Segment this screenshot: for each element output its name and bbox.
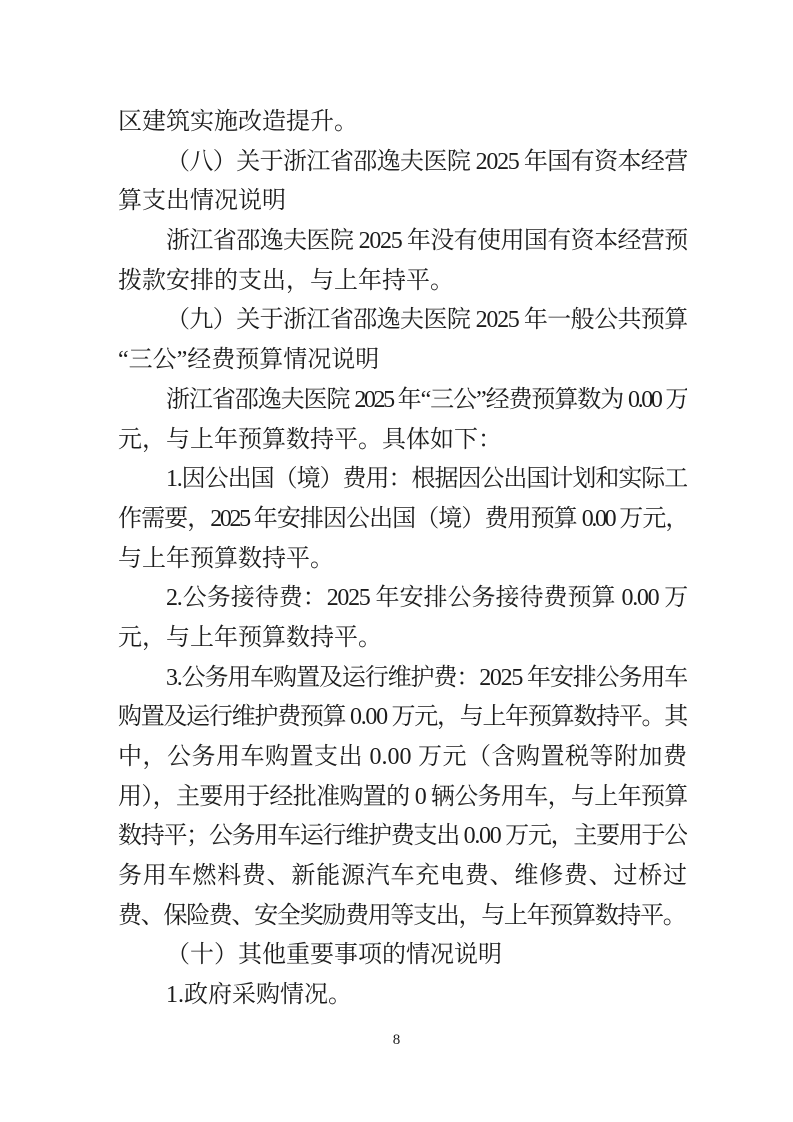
doc-line: 用），主要用于经批准购置的 0 辆公务用车，与上年预算	[118, 778, 687, 818]
page-number: 8	[0, 1030, 793, 1050]
doc-line: “三公”经费预算情况说明	[118, 341, 687, 381]
doc-line-heading-8: （八）关于浙江省邵逸夫医院 2025 年国有资本经营预	[118, 143, 687, 183]
doc-line: 费、保险费、安全奖励费用等支出，与上年预算数持平。	[118, 897, 687, 937]
doc-line: 浙江省邵逸夫医院 2025 年“三公”经费预算数为 0.00 万	[118, 381, 687, 421]
doc-line: 数持平；公务用车运行维护费支出 0.00 万元，主要用于公	[118, 817, 687, 857]
doc-line: 算支出情况说明	[118, 182, 687, 222]
doc-line: 购置及运行维护费预算 0.00 万元，与上年预算数持平。其	[118, 698, 687, 738]
doc-line-item-1: 1.因公出国（境）费用：根据因公出国计划和实际工	[118, 460, 687, 500]
doc-line-item-3: 3.公务用车购置及运行维护费：2025 年安排公务用车	[118, 659, 687, 699]
doc-line-item-2: 2.公务接待费：2025 年安排公务接待费预算 0.00 万	[118, 579, 687, 619]
doc-line: 务用车燃料费、新能源汽车充电费、维修费、过桥过路	[118, 857, 687, 897]
doc-line: 元，与上年预算数持平。	[118, 619, 687, 659]
doc-line-heading-9: （九）关于浙江省邵逸夫医院 2025 年一般公共预算	[118, 301, 687, 341]
doc-line: 元，与上年预算数持平。具体如下：	[118, 421, 687, 461]
doc-line: 作需要，2025 年安排因公出国（境）费用预算 0.00 万元，	[118, 500, 687, 540]
document-page: 区建筑实施改造提升。 （八）关于浙江省邵逸夫医院 2025 年国有资本经营预 算…	[0, 0, 793, 1122]
doc-line-heading-10: （十）其他重要事项的情况说明	[118, 936, 687, 976]
doc-line: 与上年预算数持平。	[118, 540, 687, 580]
doc-line: 浙江省邵逸夫医院 2025 年没有使用国有资本经营预算	[118, 222, 687, 262]
doc-line: 拨款安排的支出，与上年持平。	[118, 262, 687, 302]
doc-line-item-1b: 1.政府采购情况。	[118, 976, 687, 1016]
page-content: 区建筑实施改造提升。 （八）关于浙江省邵逸夫医院 2025 年国有资本经营预 算…	[118, 103, 687, 1016]
doc-line: 中，公务用车购置支出 0.00 万元（含购置税等附加费	[118, 738, 687, 778]
doc-line: 区建筑实施改造提升。	[118, 103, 687, 143]
